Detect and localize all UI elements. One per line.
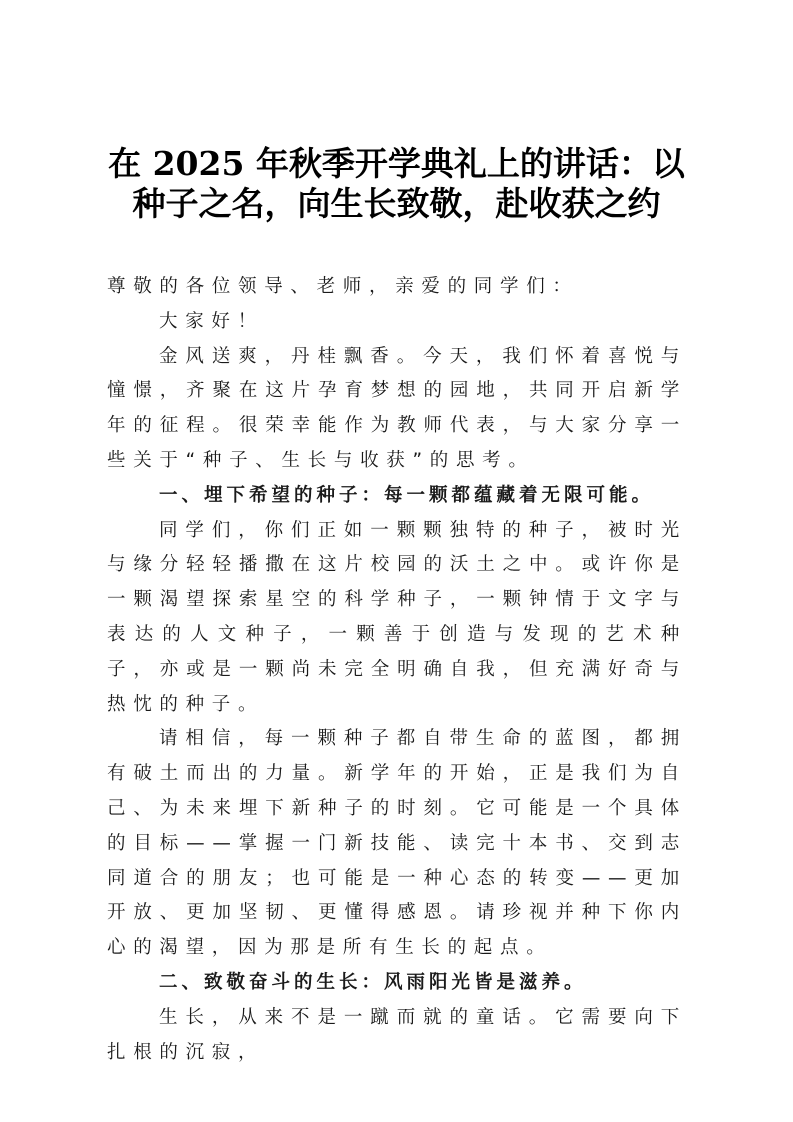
document-body: 尊敬的各位领导、老师，亲爱的同学们： 大家好！ 金风送爽，丹桂飘香。今天，我们怀… — [107, 270, 687, 1070]
document-page: 在 2025 年秋季开学典礼上的讲话：以 种子之名，向生长致敬，赴收获之约 尊敬… — [0, 0, 793, 1122]
title-line-1: 在 2025 年秋季开学典礼上的讲话：以 — [90, 144, 703, 184]
paragraph-believe: 请相信，每一颗种子都自带生命的蓝图，都拥有破土而出的力量。新学年的开始，正是我们… — [107, 722, 687, 966]
salutation: 尊敬的各位领导、老师，亲爱的同学们： — [107, 270, 687, 305]
paragraph-intro: 金风送爽，丹桂飘香。今天，我们怀着喜悦与憧憬，齐聚在这片孕育梦想的园地，共同开启… — [107, 340, 687, 479]
greeting: 大家好！ — [107, 305, 687, 340]
section-heading-2: 二、致敬奋斗的生长：风雨阳光皆是滋养。 — [107, 966, 687, 1001]
paragraph-growth: 生长，从来不是一蹴而就的童话。它需要向下扎根的沉寂， — [107, 1001, 687, 1071]
section-heading-1: 一、埋下希望的种子：每一颗都蕴藏着无限可能。 — [107, 479, 687, 514]
page-title: 在 2025 年秋季开学典礼上的讲话：以 种子之名，向生长致敬，赴收获之约 — [90, 144, 703, 224]
paragraph-seeds: 同学们，你们正如一颗颗独特的种子，被时光与缘分轻轻播撒在这片校园的沃土之中。或许… — [107, 514, 687, 723]
title-line-2: 种子之名，向生长致敬，赴收获之约 — [90, 184, 703, 224]
